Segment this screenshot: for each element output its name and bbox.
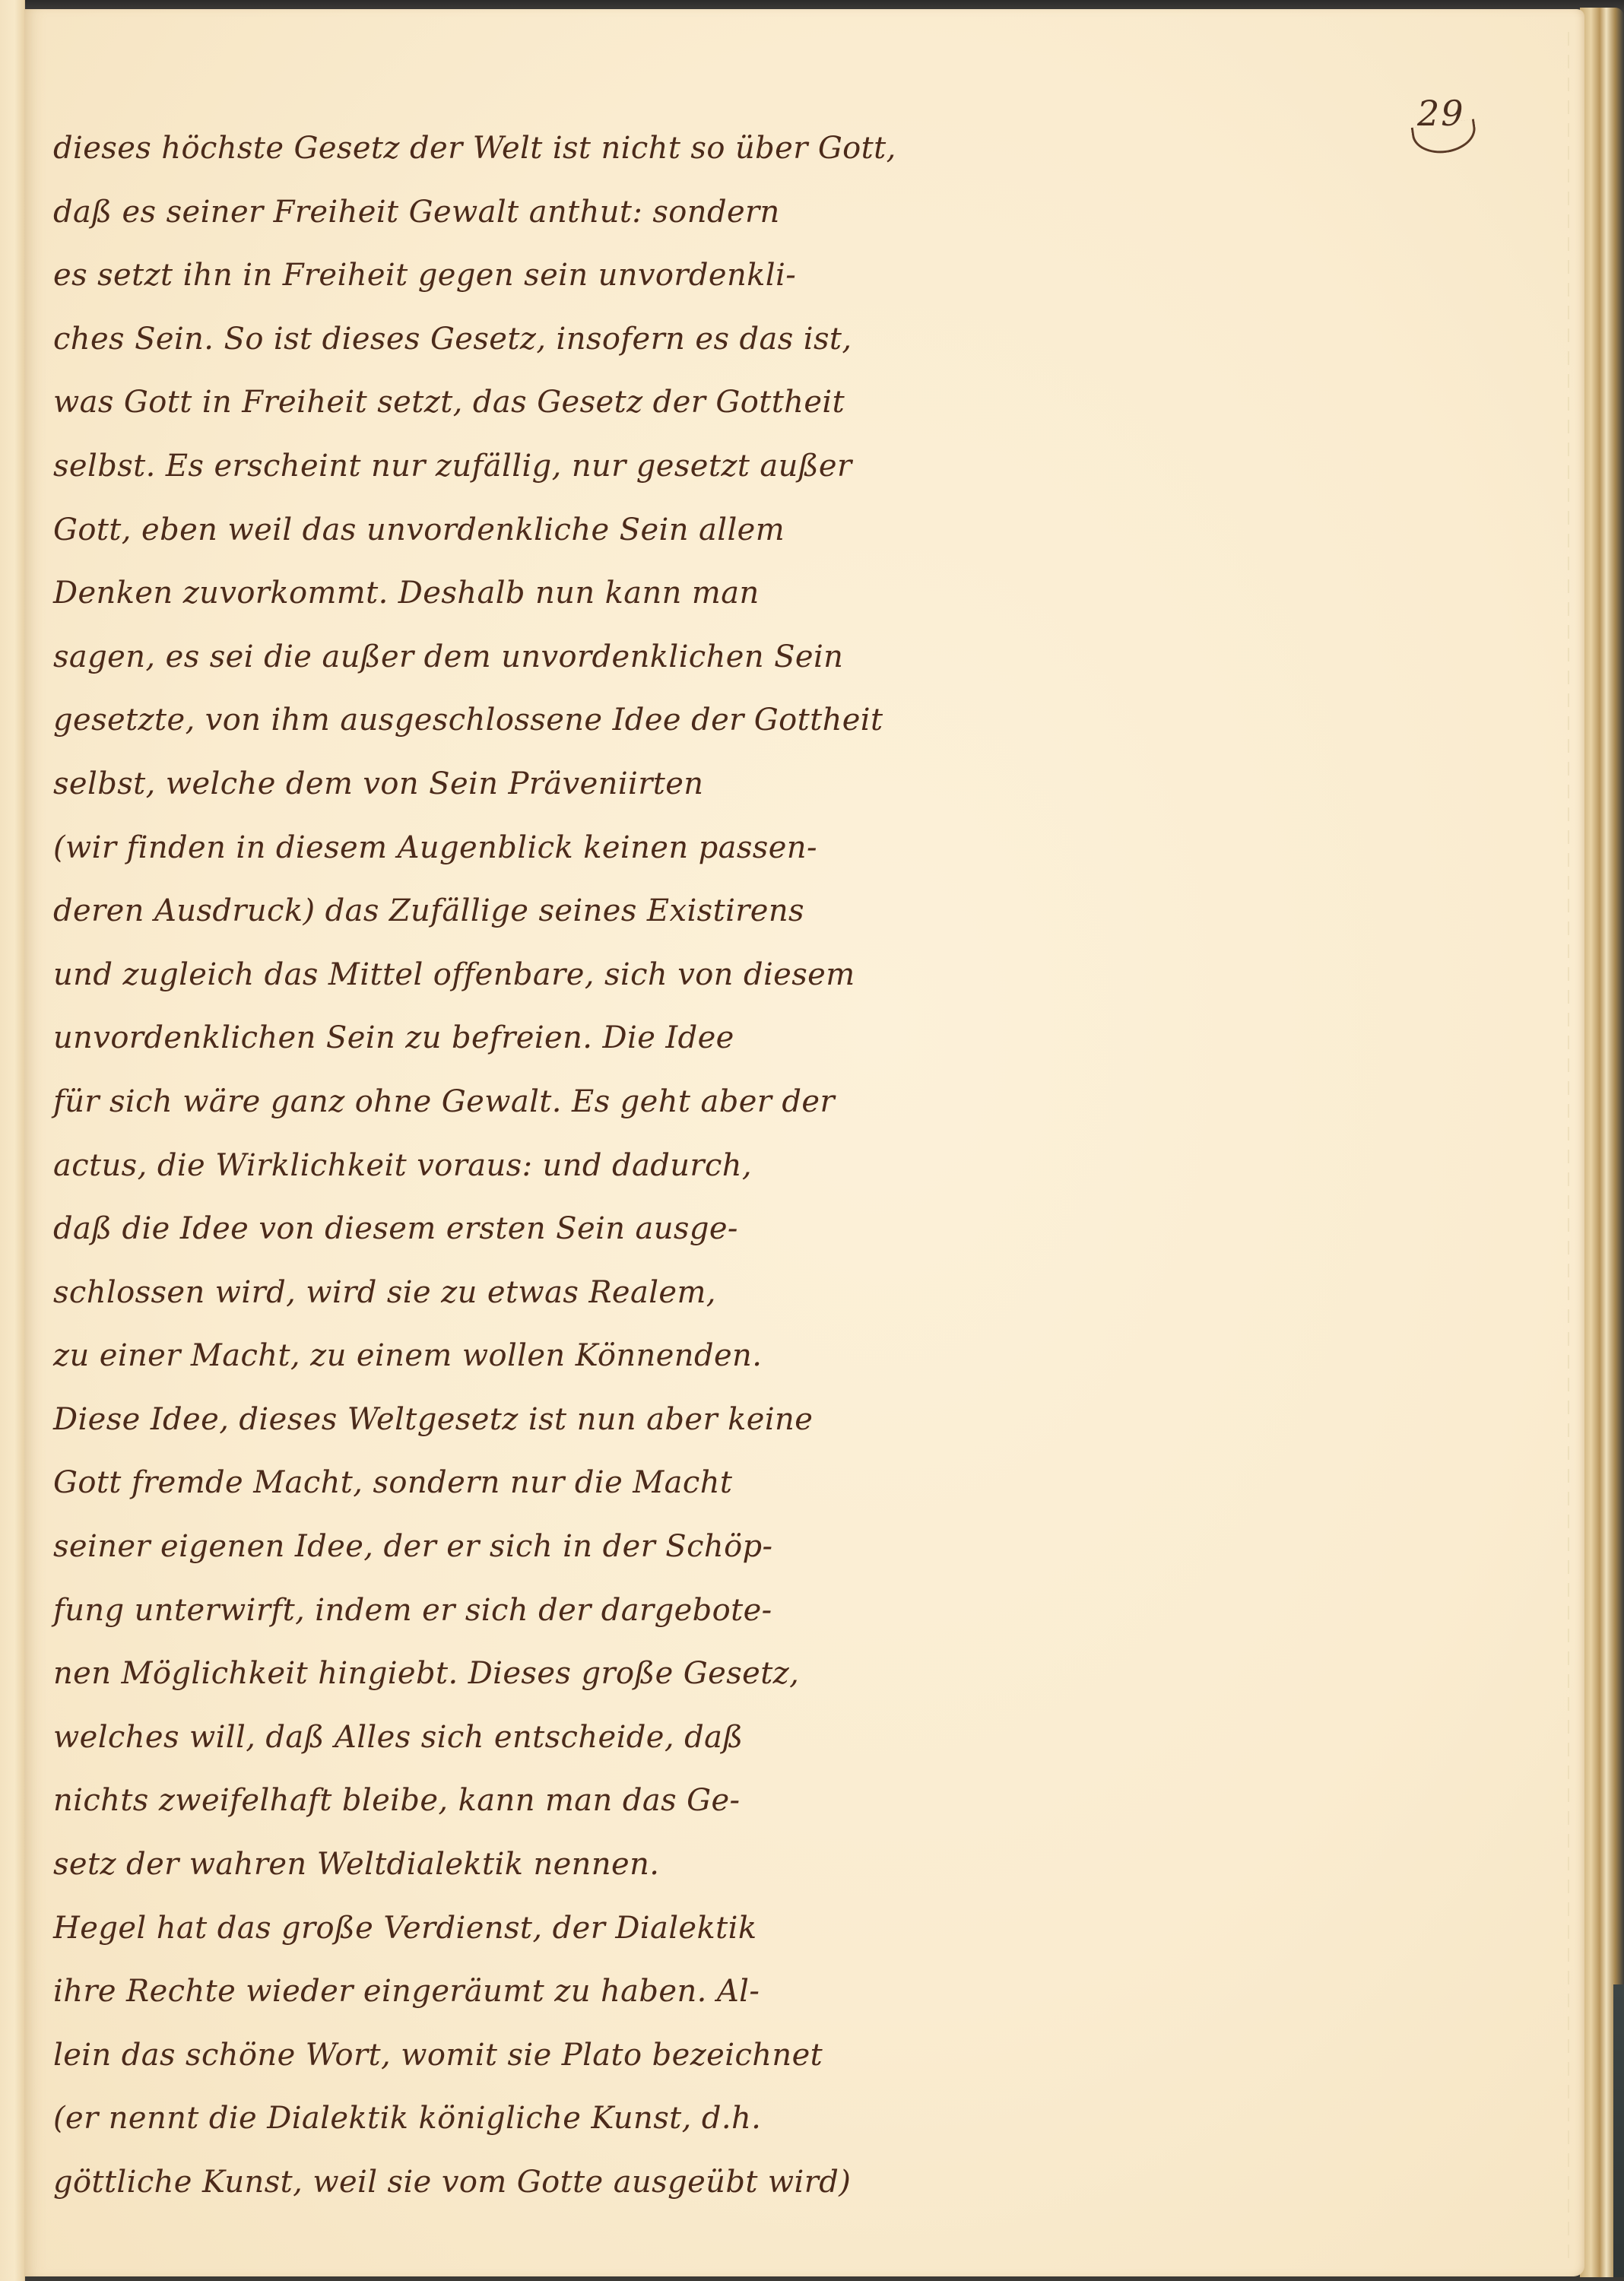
manuscript-line: es setzt ihn in Freiheit gegen sein unvo… <box>53 244 859 308</box>
manuscript-line: nichts zweifelhaft bleibe, kann man das … <box>53 1769 859 1833</box>
manuscript-line: Gott, eben weil das unvordenkliche Sein … <box>53 499 859 563</box>
manuscript-line: schlossen wird, wird sie zu etwas Realem… <box>53 1261 859 1325</box>
manuscript-line: actus, die Wirklichkeit voraus: und dadu… <box>53 1134 859 1198</box>
manuscript-line: fung unterwirft, indem er sich der darge… <box>53 1579 859 1643</box>
manuscript-line: unvordenklichen Sein zu befreien. Die Id… <box>53 1007 859 1071</box>
manuscript-scan: 29 dieses höchste Gesetz der Welt ist ni… <box>0 0 1624 2281</box>
manuscript-line: setz der wahren Weltdialektik nennen. <box>53 1833 859 1897</box>
manuscript-line: daß es seiner Freiheit Gewalt anthut: so… <box>53 181 859 245</box>
manuscript-line: Gott fremde Macht, sondern nur die Macht <box>53 1451 859 1515</box>
manuscript-line: Hegel hat das große Verdienst, der Diale… <box>53 1897 859 1961</box>
manuscript-line: Denken zuvorkommt. Deshalb nun kann man <box>53 562 859 626</box>
manuscript-line: dieses höchste Gesetz der Welt ist nicht… <box>53 117 859 181</box>
manuscript-line: selbst, welche dem von Sein Präveniirten <box>53 753 859 817</box>
handwritten-text-block: dieses höchste Gesetz der Welt ist nicht… <box>53 117 859 2215</box>
manuscript-line: (er nennt die Dialektik königliche Kunst… <box>53 2087 859 2151</box>
manuscript-line: (wir finden in diesem Augenblick keinen … <box>53 817 859 880</box>
manuscript-line: was Gott in Freiheit setzt, das Gesetz d… <box>53 371 859 435</box>
manuscript-line: ihre Rechte wieder eingeräumt zu haben. … <box>53 1960 859 2024</box>
manuscript-line: welches will, daß Alles sich entscheide,… <box>53 1706 859 1770</box>
manuscript-line: selbst. Es erscheint nur zufällig, nur g… <box>53 435 859 499</box>
deckle-edge <box>1568 32 1569 2267</box>
manuscript-line: zu einer Macht, zu einem wollen Könnende… <box>53 1325 859 1388</box>
manuscript-line: daß die Idee von diesem ersten Sein ausg… <box>53 1198 859 1261</box>
manuscript-line: deren Ausdruck) das Zufällige seines Exi… <box>53 880 859 944</box>
manuscript-line: und zugleich das Mittel offenbare, sich … <box>53 944 859 1007</box>
manuscript-line: nen Möglichkeit hingiebt. Dieses große G… <box>53 1642 859 1706</box>
facing-page-edge <box>0 0 25 2281</box>
manuscript-line: sagen, es sei die außer dem unvordenklic… <box>53 626 859 690</box>
manuscript-page: 29 dieses höchste Gesetz der Welt ist ni… <box>24 9 1584 2276</box>
manuscript-line: Diese Idee, dieses Weltgesetz ist nun ab… <box>53 1388 859 1452</box>
manuscript-line: für sich wäre ganz ohne Gewalt. Es geht … <box>53 1071 859 1134</box>
page-edges-stack <box>1580 8 1624 2277</box>
manuscript-line: gesetzte, von ihm ausgeschlossene Idee d… <box>53 689 859 753</box>
manuscript-line: göttliche Kunst, weil sie vom Gotte ausg… <box>53 2151 859 2215</box>
manuscript-line: seiner eigenen Idee, der er sich in der … <box>53 1515 859 1579</box>
manuscript-line: lein das schöne Wort, womit sie Plato be… <box>53 2024 859 2088</box>
manuscript-line: ches Sein. So ist dieses Gesetz, insofer… <box>53 308 859 372</box>
